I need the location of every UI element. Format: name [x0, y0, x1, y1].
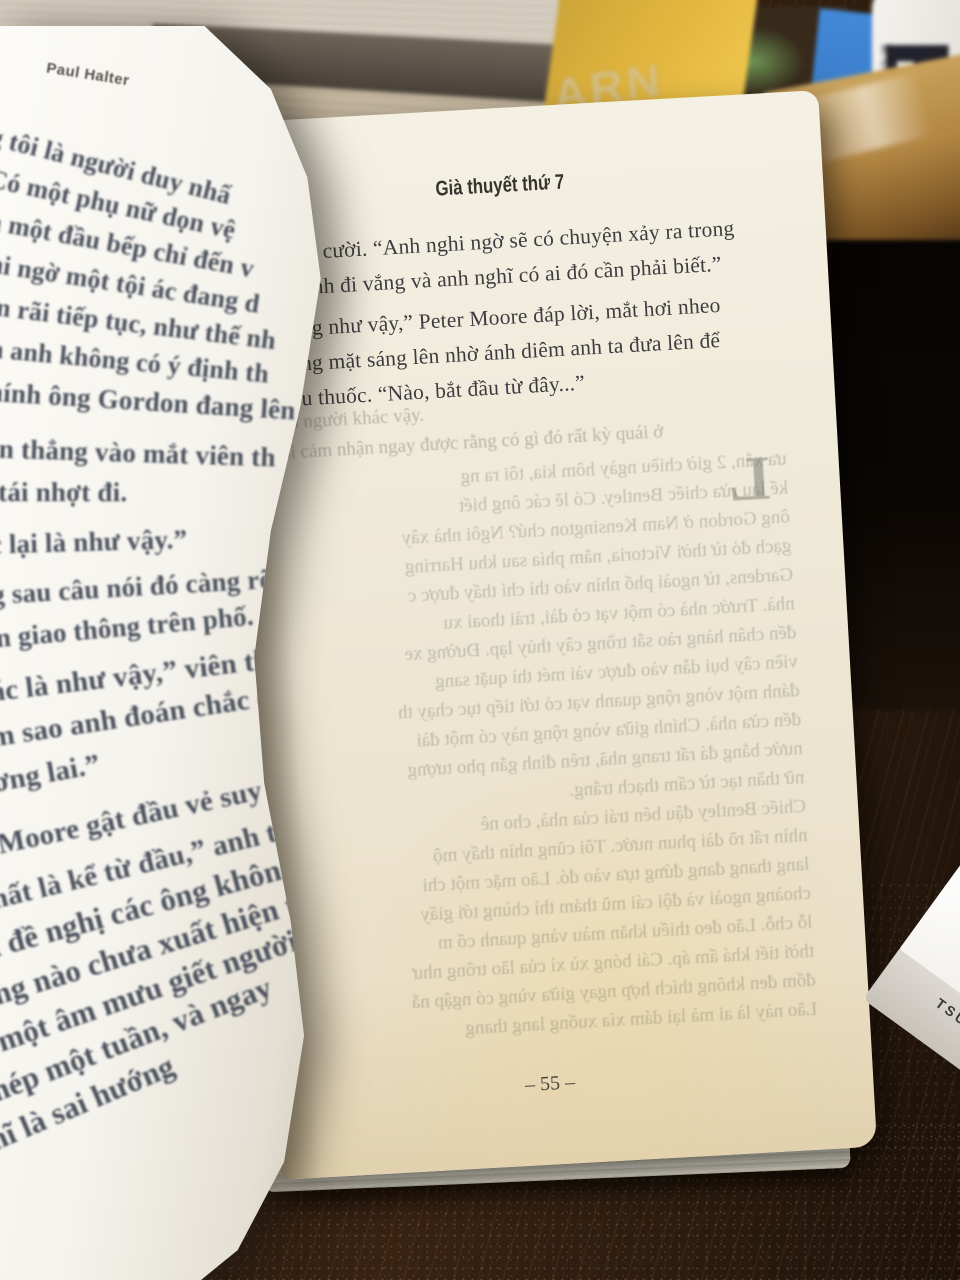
text-line: hìn thẳng vào mắt viên th [0, 433, 326, 475]
running-head: Già thuyết thứ 7 [280, 162, 721, 211]
left-page-sheet: Paul Halter ng tôi là người duy nhấ. Có … [0, 26, 324, 1280]
book-photo: ARN monie Hints 12 博仕卡 B Già thuyết thứ … [0, 0, 960, 1280]
left-page-text: ng tôi là người duy nhấ. Có một phụ nữ d… [0, 118, 326, 1179]
page-number: – 55 – [275, 1057, 825, 1111]
ghost-mirrored-showthrough-text: ưa xắn, 2 giờ chiều ngày hôm kia, tôi ra… [247, 444, 819, 1053]
left-page-running-head: Paul Halter [45, 60, 131, 90]
text-line: ng sau câu nói đó càng rõ [0, 561, 326, 612]
text-line: ác lại là như vậy.” [0, 520, 326, 561]
text-line: n tái nhợt đi. [0, 477, 326, 509]
left-book-page-turning: Paul Halter ng tôi là người duy nhấ. Có … [0, 26, 324, 1280]
